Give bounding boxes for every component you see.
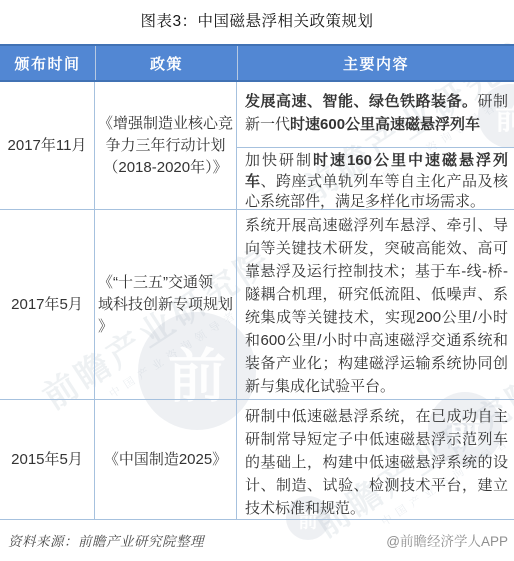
table-row: 2015年5月 《中国制造2025》 研制中低速磁悬浮系统，在已成功自主研制常导…: [0, 400, 514, 520]
table-header-row: 颁布时间 政策 主要内容: [0, 44, 514, 82]
header-policy: 政策: [95, 46, 237, 80]
content-subcell: 系统开展高速磁浮列车悬浮、牵引、导向等关键技术研发，突破高能效、高可靠悬浮及运行…: [237, 210, 514, 398]
cell-policy: 《“十三五”交通领 域科技创新专项规划 》: [95, 210, 237, 399]
cell-policy: 《增强制造业核心竞 争力三年行动计划 （2018-2020年）》: [95, 82, 237, 210]
footer: 资料来源：前瞻产业研究院整理 @前瞻经济学人APP: [0, 527, 514, 551]
policy-table: 颁布时间 政策 主要内容 2017年11月 《增强制造业核心竞 争力三年行动计划…: [0, 44, 514, 520]
cell-publish-time: 2017年11月: [0, 82, 95, 210]
cell-main-content: 发展高速、智能、绿色铁路装备。研制新一代时速600公里高速磁悬浮列车 加快研制时…: [237, 82, 514, 210]
table-body: 2017年11月 《增强制造业核心竞 争力三年行动计划 （2018-2020年）…: [0, 82, 514, 520]
credit-note: @前瞻经济学人APP: [386, 530, 508, 550]
cell-policy: 《中国制造2025》: [95, 400, 237, 520]
header-publish-time: 颁布时间: [0, 46, 95, 80]
table-row: 2017年11月 《增强制造业核心竞 争力三年行动计划 （2018-2020年）…: [0, 82, 514, 210]
header-main-content: 主要内容: [237, 46, 514, 80]
content-subcell: 研制中低速磁悬浮系统，在已成功自主研制常导短定子中低速磁悬浮示范列车的基础上，构…: [237, 400, 514, 520]
page-title: 图表3：中国磁悬浮相关政策规划: [0, 9, 514, 31]
cell-main-content: 研制中低速磁悬浮系统，在已成功自主研制常导短定子中低速磁悬浮示范列车的基础上，构…: [237, 400, 514, 520]
content-subcell: 发展高速、智能、绿色铁路装备。研制新一代时速600公里高速磁悬浮列车: [237, 82, 514, 147]
cell-main-content: 系统开展高速磁浮列车悬浮、牵引、导向等关键技术研发，突破高能效、高可靠悬浮及运行…: [237, 210, 514, 399]
source-note: 资料来源：前瞻产业研究院整理: [8, 530, 204, 550]
cell-publish-time: 2015年5月: [0, 400, 95, 520]
table-row: 2017年5月 《“十三五”交通领 域科技创新专项规划 》 系统开展高速磁浮列车…: [0, 210, 514, 400]
content-subcell: 加快研制时速160公里中速磁悬浮列车、跨座式单轨列车等自主化产品及核心系统部件，…: [237, 147, 514, 210]
cell-publish-time: 2017年5月: [0, 210, 95, 399]
